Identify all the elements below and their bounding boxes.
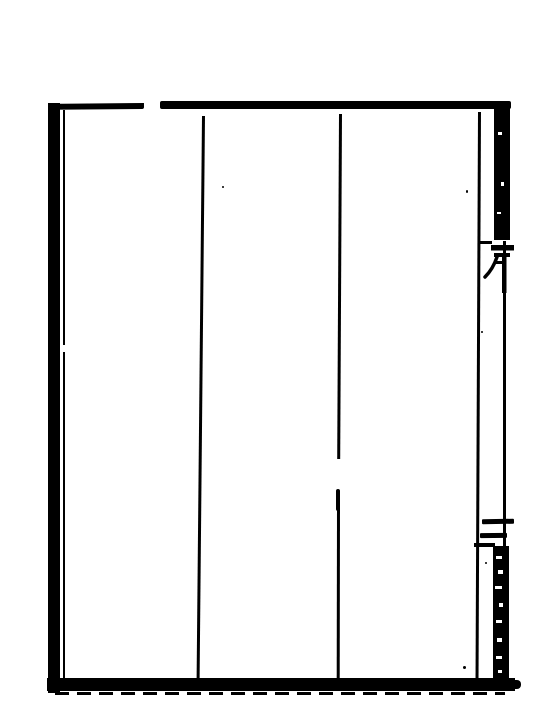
blackbar-white-mark <box>496 656 502 659</box>
blackbar-white-mark <box>499 603 503 607</box>
left-border-inner-line-lower <box>63 352 65 678</box>
column-divider-line-1 <box>197 116 205 682</box>
column-divider-line-2-lower <box>336 505 339 685</box>
xu-character-strokes <box>480 236 514 294</box>
column-divider-line-2-upper <box>337 114 341 459</box>
blackbar-white-mark <box>495 586 502 589</box>
er-character-bottom-stroke <box>480 533 507 538</box>
left-border-inner-line-upper <box>63 110 65 345</box>
blackbar-white-mark <box>497 638 502 642</box>
ink-speck <box>222 186 224 188</box>
top-border-left-segment <box>49 103 144 110</box>
blackbar-white-mark <box>501 182 504 186</box>
ink-speck <box>466 190 468 193</box>
bottom-border-ink-smear <box>55 692 505 695</box>
ink-speck <box>485 562 487 564</box>
blackbar-white-mark <box>498 670 502 673</box>
top-border-right-segment <box>160 101 511 109</box>
blackbar-white-mark <box>498 132 502 135</box>
ink-speck <box>481 331 483 333</box>
bottom-border-right-taper <box>508 680 521 689</box>
bottom-border-line <box>47 678 515 691</box>
blackbar-white-mark <box>497 212 501 214</box>
left-border-outer-line <box>48 103 60 693</box>
er-character-top-stroke <box>482 519 514 524</box>
blackbar-white-mark <box>498 570 503 574</box>
centerfold-top-black-bar <box>494 102 510 240</box>
blackbar-white-mark <box>496 620 502 623</box>
centerfold-inner-rule-line <box>475 112 480 684</box>
centerfold-section-title-glyph: 序 <box>480 236 514 294</box>
ink-speck <box>463 666 466 669</box>
centerfold-bottom-black-bar <box>493 546 509 683</box>
blackbar-white-mark <box>496 556 502 559</box>
scanned-book-page: 序 二 <box>0 0 533 711</box>
